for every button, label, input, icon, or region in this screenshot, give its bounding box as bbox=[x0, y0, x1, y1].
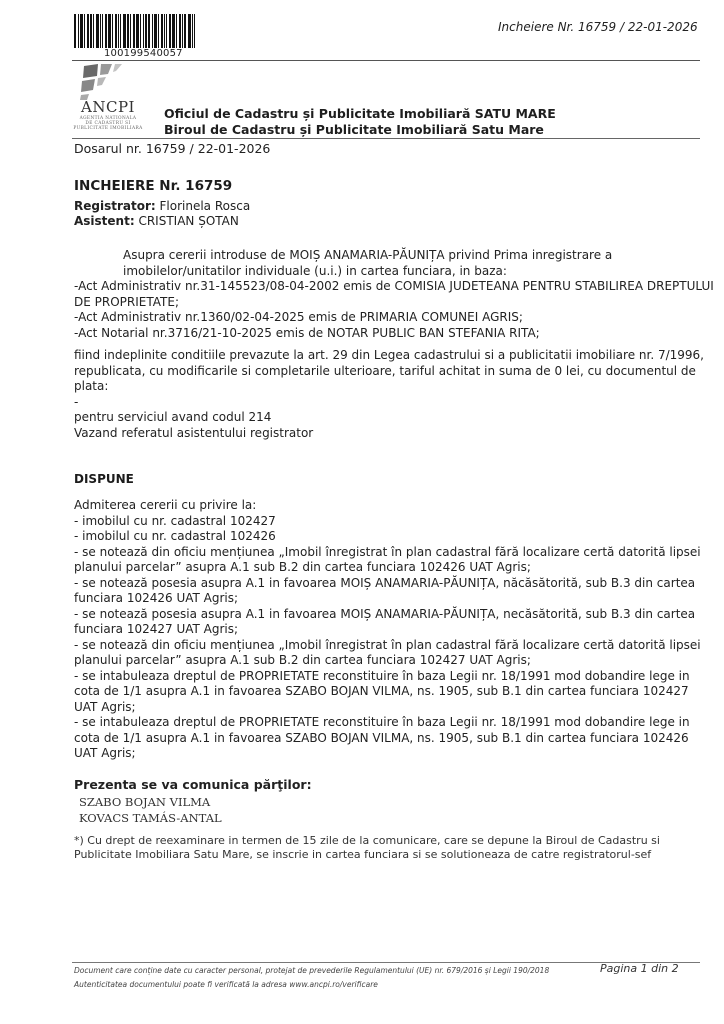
conditions-paragraph: fiind indeplinite conditiile prevazute l… bbox=[74, 348, 714, 395]
dispune-item: - se intabuleaza dreptul de PROPRIETATE … bbox=[74, 669, 714, 716]
privacy-notice: Document care conține date cu caracter p… bbox=[74, 966, 549, 975]
office-name: Oficiul de Cadastru și Publicitate Imobi… bbox=[164, 106, 556, 138]
payment-dash: - bbox=[74, 395, 714, 411]
registrator-line: Registrator: Florinela Rosca bbox=[74, 199, 250, 214]
barcode bbox=[74, 14, 214, 48]
logo-subtitle: AGENTIA NATIONALA DE CADASTRU SI PUBLICI… bbox=[70, 116, 146, 131]
ancpi-logo: ANCPI AGENTIA NATIONALA DE CADASTRU SI P… bbox=[68, 62, 148, 134]
act-item: -Act Notarial nr.3716/21-10-2025 emis de… bbox=[74, 326, 714, 342]
referat-line: Vazand referatul asistentului registrato… bbox=[74, 426, 714, 442]
logo-name: ANCPI bbox=[68, 98, 148, 116]
dispune-item: - se notează din oficiu mențiunea „Imobi… bbox=[74, 545, 714, 576]
dosar-number: Dosarul nr. 16759 / 22-01-2026 bbox=[74, 141, 270, 156]
office-line-1: Oficiul de Cadastru și Publicitate Imobi… bbox=[164, 106, 556, 122]
office-line-2: Biroul de Cadastru și Publicitate Imobil… bbox=[164, 122, 556, 138]
dispune-item: - se intabuleaza dreptul de PROPRIETATE … bbox=[74, 715, 714, 762]
party-item: KOVACS TAMÁS-ANTAL bbox=[79, 810, 222, 826]
parties-list: SZABO BOJAN VILMA KOVACS TAMÁS-ANTAL bbox=[79, 794, 222, 826]
dispune-item: - imobilul cu nr. cadastral 102427 bbox=[74, 514, 714, 530]
conditions-section: fiind indeplinite conditiile prevazute l… bbox=[74, 348, 714, 441]
asistent-name: CRISTIAN ȘOTAN bbox=[138, 214, 238, 228]
intro-section: Asupra cererii introduse de MOIȘ ANAMARI… bbox=[74, 248, 714, 341]
dispune-item: - se notează posesia asupra A.1 in favoa… bbox=[74, 607, 714, 638]
document-title: INCHEIERE Nr. 16759 bbox=[74, 178, 232, 194]
dispune-item: - imobilul cu nr. cadastral 102426 bbox=[74, 529, 714, 545]
dispune-item: - se notează posesia asupra A.1 in favoa… bbox=[74, 576, 714, 607]
dispune-section: Admiterea cererii cu privire la: - imobi… bbox=[74, 498, 714, 762]
office-divider bbox=[72, 138, 700, 139]
dispune-heading: DISPUNE bbox=[74, 472, 134, 486]
party-item: SZABO BOJAN VILMA bbox=[79, 794, 222, 810]
intro-paragraph: Asupra cererii introduse de MOIȘ ANAMARI… bbox=[74, 248, 714, 279]
page-number: Pagina 1 din 2 bbox=[600, 962, 679, 975]
act-item: -Act Administrativ nr.31-145523/08-04-20… bbox=[74, 279, 714, 310]
service-line: pentru serviciul avand codul 214 bbox=[74, 410, 714, 426]
asistent-line: Asistent: CRISTIAN ȘOTAN bbox=[74, 214, 250, 229]
document-meta: Registrator: Florinela Rosca Asistent: C… bbox=[74, 199, 250, 229]
header-divider bbox=[72, 60, 700, 61]
dispune-item: - se notează din oficiu mențiunea „Imobi… bbox=[74, 638, 714, 669]
act-item: -Act Administrativ nr.1360/02-04-2025 em… bbox=[74, 310, 714, 326]
barcode-number: 100199540057 bbox=[104, 48, 183, 59]
header-reference: Incheiere Nr. 16759 / 22-01-2026 bbox=[498, 20, 698, 34]
ancpi-logo-icon bbox=[78, 64, 124, 100]
registrator-name: Florinela Rosca bbox=[160, 199, 251, 213]
reexamination-note: *) Cu drept de reexaminare in termen de … bbox=[74, 834, 714, 862]
parties-heading: Prezenta se va comunica părţilor: bbox=[74, 777, 312, 792]
verification-notice: Autenticitatea documentului poate fi ver… bbox=[74, 980, 378, 989]
admitere-line: Admiterea cererii cu privire la: bbox=[74, 498, 714, 514]
